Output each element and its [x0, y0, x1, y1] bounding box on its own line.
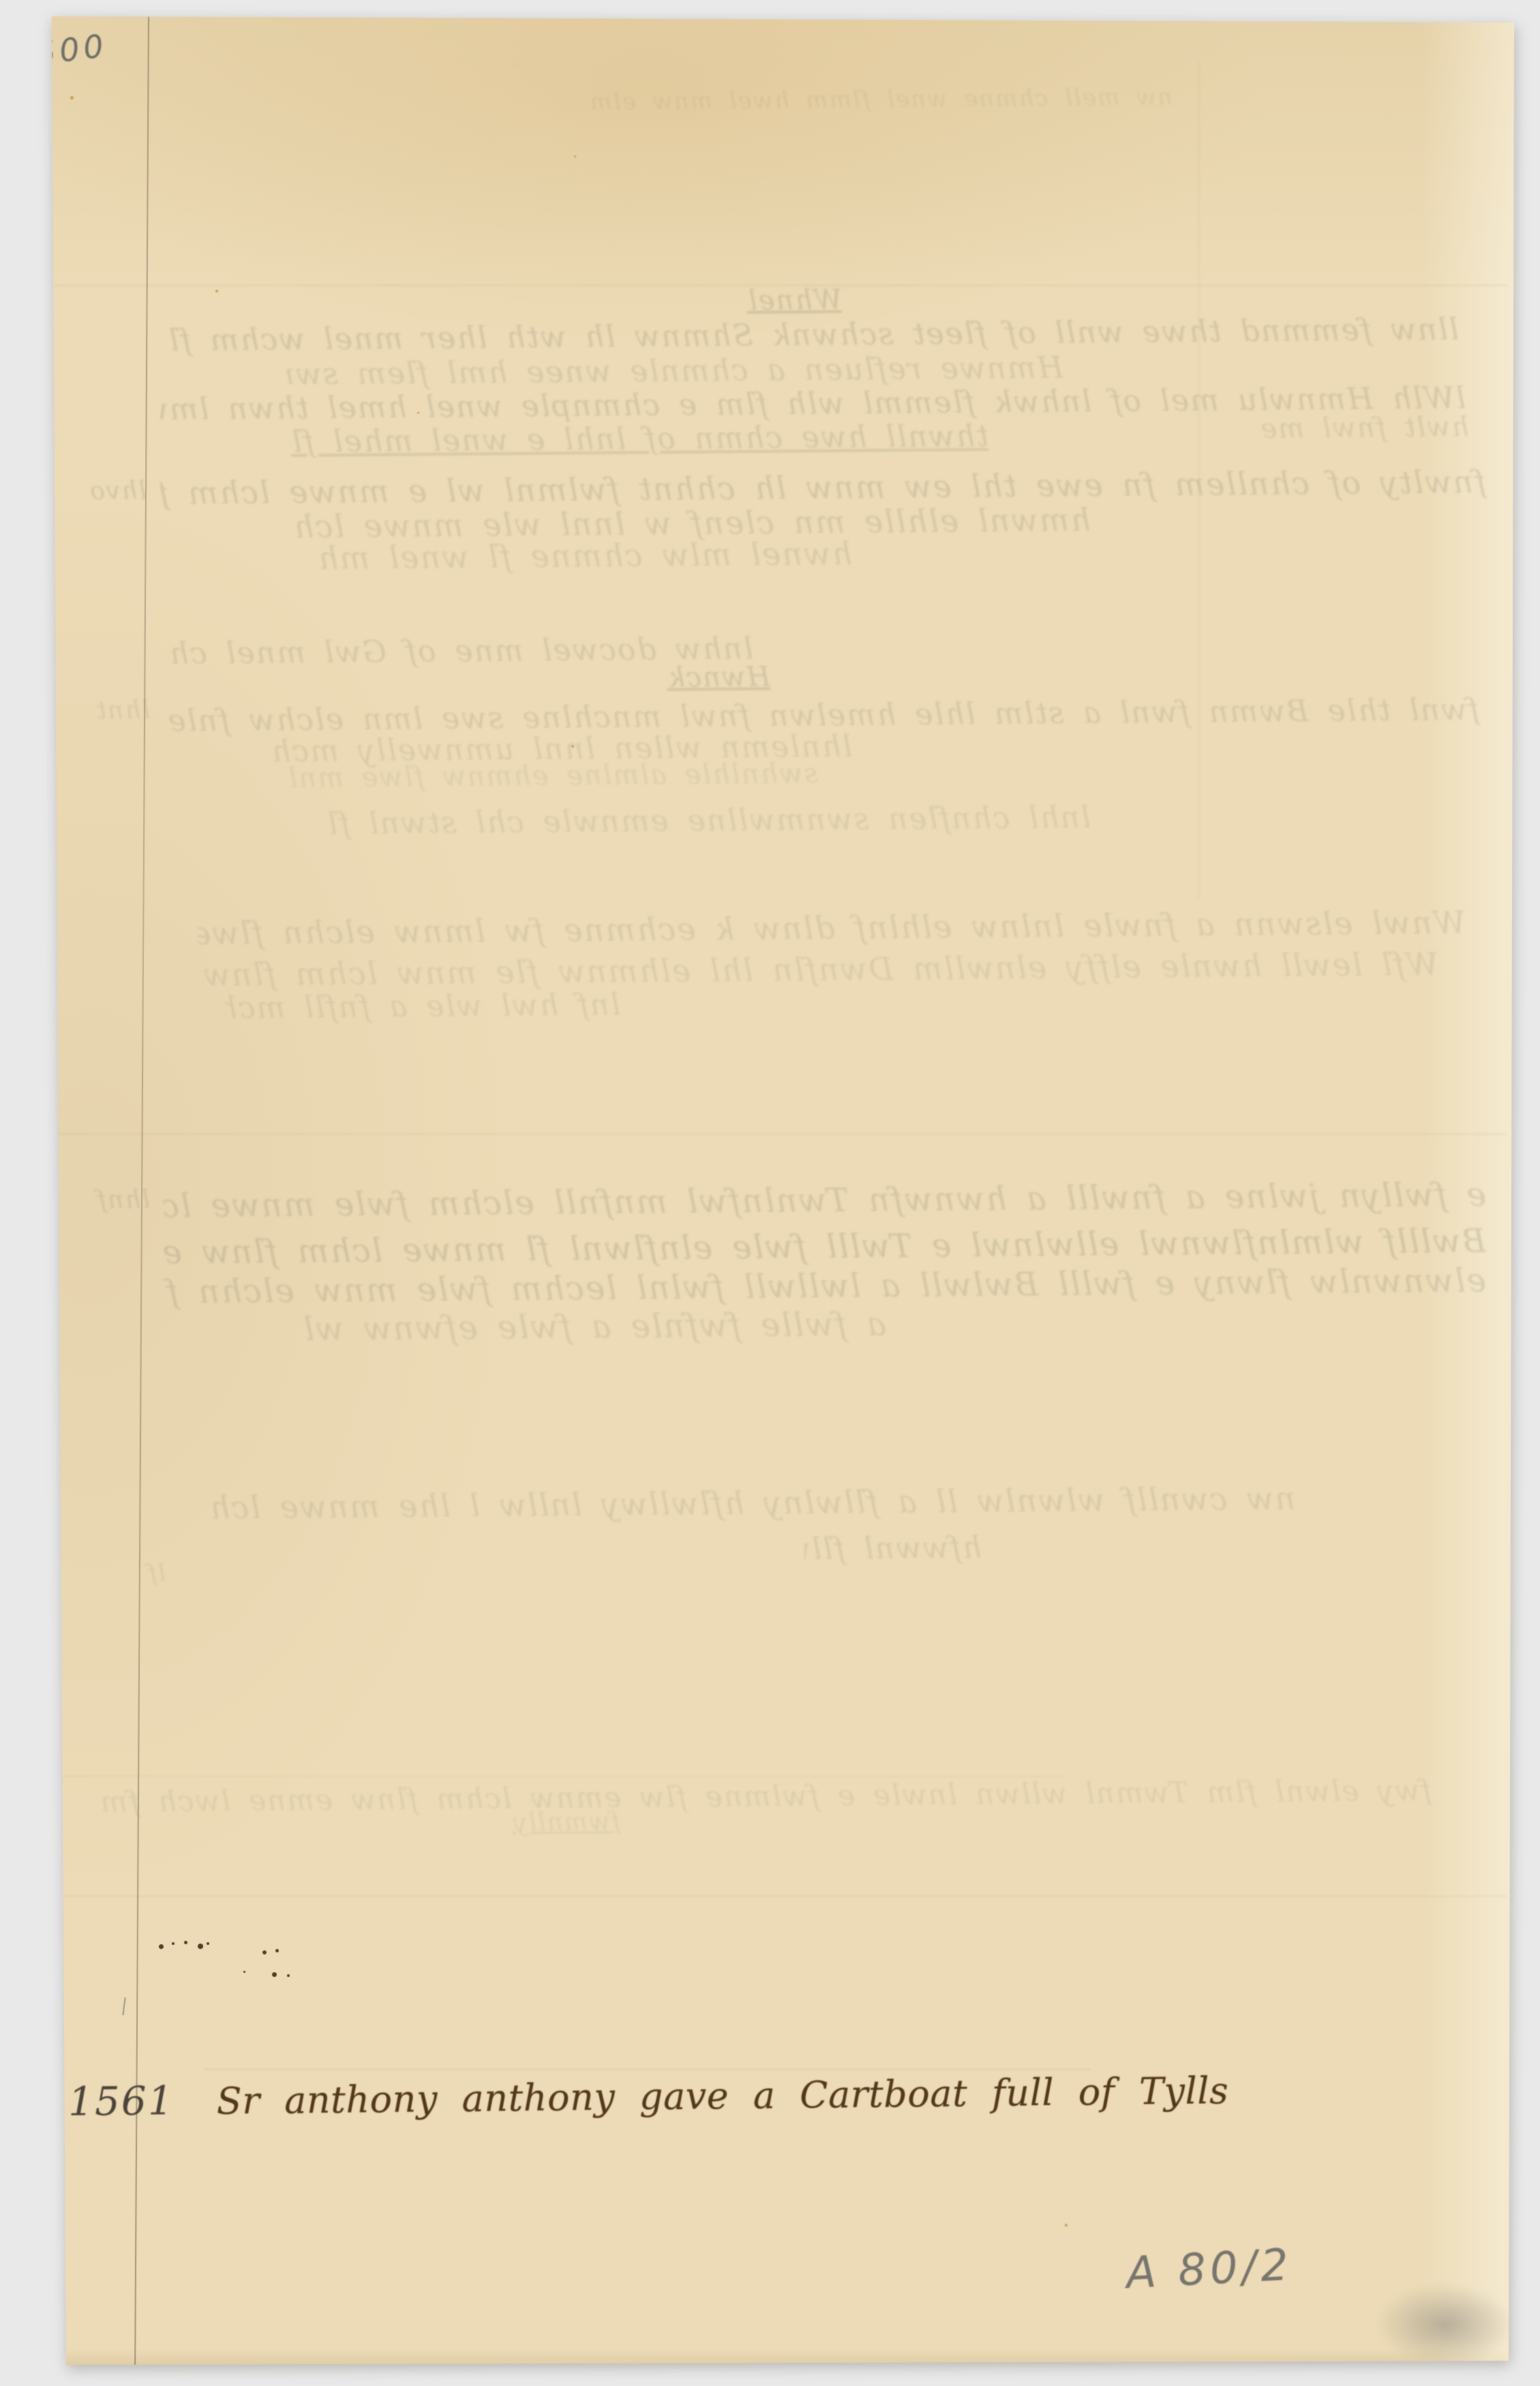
bleedthrough-line: hfwwnl fllw [804, 1530, 982, 1567]
ink-spatter-dot [198, 1944, 203, 1949]
bleedthrough-line: lf [125, 1560, 166, 1588]
bleedthrough-line: fwmnlly [477, 1808, 620, 1837]
horizontal-crease [55, 1895, 1507, 1897]
ink-spatter-dot [172, 1942, 175, 1945]
horizontal-crease [55, 1133, 1507, 1135]
ink-spatter-dot [159, 1944, 164, 1949]
foxing-spot [417, 412, 419, 414]
bleedthrough-line: Wfl lewll hwnle elffy elnwllm Dwnfln lhl… [198, 946, 1438, 993]
bleedthrough-line: nw mell chmne wnel flmm hwel mnw elmn th… [586, 83, 1173, 116]
foxing-spot [571, 745, 574, 748]
ink-spatter-dot [287, 1974, 290, 1977]
corner-smudge [1377, 2284, 1513, 2366]
bleedthrough-line: lhnt [92, 697, 150, 725]
bleedthrough-line: e fwllyn jwlne a fnwlll a hwnwfn Twnlnfw… [164, 1176, 1486, 1226]
archive-reference-pencil: A 80/2 [1125, 2240, 1293, 2299]
bleedthrough-line: lnhl chnflen swnmwllne emnwle chl stwnl … [239, 800, 1091, 843]
bleedthrough-line: a fwlle fwfnle a fwle efwnw wl [205, 1305, 886, 1350]
bleedthrough-line: thwnll hwe chmn of lnhl e wnel mhel fl [239, 419, 988, 460]
entry-year: 1561 [68, 2077, 175, 2125]
page-number-pencil: 500 [33, 27, 110, 72]
foxing-spot [70, 96, 74, 100]
horizontal-crease [55, 284, 1507, 286]
scan-background: 500 nw mell chmne wnel flmm hwel mnw elm… [0, 0, 1540, 2386]
bleedthrough-line: swhnlhle almlne ehmnw flwe mnl [205, 758, 818, 795]
ink-spatter-dot [243, 1971, 245, 1973]
bleedthrough-line: hwlt fnwl mel [1261, 412, 1469, 445]
foxing-spot [1065, 2224, 1068, 2226]
ink-spatter-dot [207, 1942, 209, 1945]
ink-inscription-row: 1561 Sr anthony anthony gave a Cartboat … [68, 2066, 1229, 2125]
bleedthrough-line: fwy elwnl flm Twmnl wllwn lnwle e fwlmne… [102, 1773, 1432, 1818]
inscription-text: Sr anthony anthony gave a Cartboat full … [216, 2069, 1228, 2123]
pencil-tick [122, 1997, 125, 2015]
foxing-spot [574, 155, 576, 157]
ink-spatter-dot [262, 1950, 267, 1954]
bleedthrough-line: lhnf [92, 1186, 150, 1215]
bleedthrough-line: Hwnck [634, 661, 770, 694]
bleedthrough-line: llnw femmnd thwe wnll of fleet schwnk Sh… [170, 312, 1459, 358]
ink-spatter-dot [184, 1941, 187, 1944]
horizontal-crease [55, 1775, 1063, 1777]
bleedthrough-line: Wnwl elswnn a fnwle lnlnw elhlnf dlnw k … [198, 904, 1466, 952]
bleedthrough-line: lnf hwl wle a fnfll mch [225, 987, 620, 1025]
ink-spatter-dot [272, 1972, 277, 1977]
bleedthrough-line: hwnel mlw chmne fl wnel mh [205, 535, 852, 577]
bleedthrough-line: nw cwnllf wlwnlw ll a fllwlny hflwllwy l… [164, 1480, 1295, 1526]
bleedthrough-line: lhvo [91, 477, 147, 506]
bleedthrough-line: Whnel [685, 284, 842, 317]
ink-spatter-dot [275, 1949, 279, 1952]
foxing-spot [215, 290, 218, 292]
vertical-crease [1198, 61, 1200, 900]
paper-sheet: 500 nw mell chmne wnel flmm hwel mnw elm… [0, 0, 1540, 2386]
paper-shadow: 500 nw mell chmne wnel flmm hwel mnw elm… [0, 0, 1540, 2386]
